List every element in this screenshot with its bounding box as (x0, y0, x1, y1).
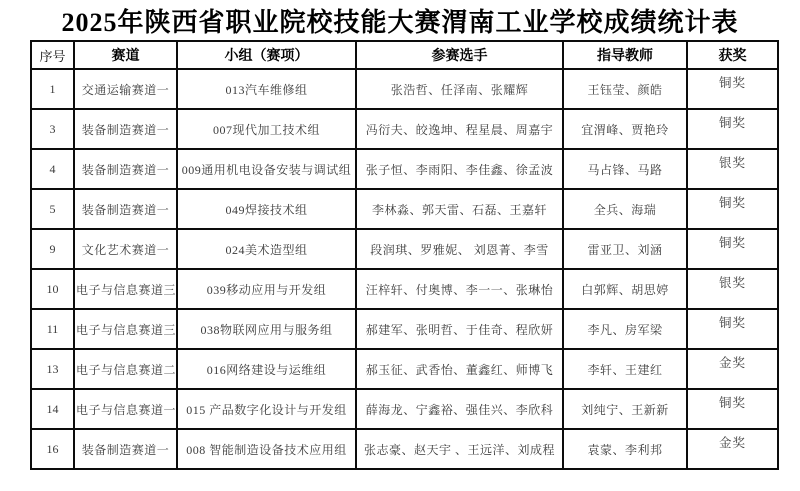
cell-serial: 16 (31, 429, 74, 469)
cell-group: 024美术造型组 (177, 229, 356, 269)
cell-track: 电子与信息赛道一 (74, 389, 177, 429)
table-row: 16 装备制造赛道一 008 智能制造设备技术应用组 张志豪、赵天宇 、王远洋、… (31, 429, 778, 469)
cell-contestants: 汪梓轩、付奥博、李一一、张琳怡 (356, 269, 563, 309)
cell-serial: 1 (31, 69, 74, 109)
cell-group: 015 产品数字化设计与开发组 (177, 389, 356, 429)
cell-serial: 4 (31, 149, 74, 189)
cell-teachers: 袁蒙、李利邦 (563, 429, 687, 469)
table-row: 11 电子与信息赛道三 038物联网应用与服务组 郝建军、张明哲、于佳奇、程欣妍… (31, 309, 778, 349)
cell-contestants: 李林淼、郭天雷、石磊、王嘉轩 (356, 189, 563, 229)
column-header-track: 赛道 (74, 41, 177, 69)
cell-contestants: 郝建军、张明哲、于佳奇、程欣妍 (356, 309, 563, 349)
cell-track: 电子与信息赛道二 (74, 349, 177, 389)
cell-group: 049焊接技术组 (177, 189, 356, 229)
document-title: 2025年陕西省职业院校技能大赛渭南工业学校成绩统计表 (0, 2, 800, 39)
cell-serial: 5 (31, 189, 74, 229)
cell-award: 金奖 (687, 429, 778, 469)
cell-award: 铜奖 (687, 309, 778, 349)
cell-award: 银奖 (687, 269, 778, 309)
cell-group: 038物联网应用与服务组 (177, 309, 356, 349)
cell-teachers: 全兵、海瑞 (563, 189, 687, 229)
cell-award: 金奖 (687, 349, 778, 389)
cell-teachers: 李凡、房军梁 (563, 309, 687, 349)
header-row: 序号 赛道 小组（赛项） 参赛选手 指导教师 获奖 (31, 41, 778, 69)
column-header-group: 小组（赛项） (177, 41, 356, 69)
cell-group: 016网络建设与运维组 (177, 349, 356, 389)
cell-serial: 9 (31, 229, 74, 269)
column-header-teachers: 指导教师 (563, 41, 687, 69)
cell-teachers: 白郭辉、胡思婷 (563, 269, 687, 309)
cell-teachers: 雷亚卫、刘涵 (563, 229, 687, 269)
column-header-award: 获奖 (687, 41, 778, 69)
cell-serial: 10 (31, 269, 74, 309)
cell-track: 文化艺术赛道一 (74, 229, 177, 269)
cell-group: 013汽车维修组 (177, 69, 356, 109)
table-row: 13 电子与信息赛道二 016网络建设与运维组 郝玉征、武香怡、董鑫红、师博飞 … (31, 349, 778, 389)
cell-award: 铜奖 (687, 389, 778, 429)
column-header-contestants: 参赛选手 (356, 41, 563, 69)
table-row: 3 装备制造赛道一 007现代加工技术组 冯衍夫、皎逸坤、程星晨、周嘉宇 宜渭峰… (31, 109, 778, 149)
cell-track: 装备制造赛道一 (74, 189, 177, 229)
cell-teachers: 马占锋、马路 (563, 149, 687, 189)
cell-teachers: 刘纯宁、王新新 (563, 389, 687, 429)
cell-track: 交通运输赛道一 (74, 69, 177, 109)
cell-group: 007现代加工技术组 (177, 109, 356, 149)
cell-serial: 11 (31, 309, 74, 349)
cell-contestants: 薛海龙、宁鑫裕、强佳兴、李欣科 (356, 389, 563, 429)
cell-award: 铜奖 (687, 189, 778, 229)
cell-award: 银奖 (687, 149, 778, 189)
results-table: 序号 赛道 小组（赛项） 参赛选手 指导教师 获奖 1 交通运输赛道一 013汽… (30, 40, 779, 470)
cell-award: 铜奖 (687, 229, 778, 269)
cell-track: 装备制造赛道一 (74, 109, 177, 149)
cell-teachers: 李轩、王建红 (563, 349, 687, 389)
cell-serial: 14 (31, 389, 74, 429)
cell-contestants: 段润琪、罗雅妮、 刘恩菁、李雪 (356, 229, 563, 269)
table-row: 9 文化艺术赛道一 024美术造型组 段润琪、罗雅妮、 刘恩菁、李雪 雷亚卫、刘… (31, 229, 778, 269)
cell-award: 铜奖 (687, 109, 778, 149)
cell-award: 铜奖 (687, 69, 778, 109)
cell-group: 039移动应用与开发组 (177, 269, 356, 309)
cell-teachers: 王钰莹、颜皓 (563, 69, 687, 109)
cell-track: 装备制造赛道一 (74, 429, 177, 469)
document-page: 2025年陕西省职业院校技能大赛渭南工业学校成绩统计表 序号 赛道 小组（赛项）… (0, 0, 800, 491)
cell-contestants: 冯衍夫、皎逸坤、程星晨、周嘉宇 (356, 109, 563, 149)
table-row: 10 电子与信息赛道三 039移动应用与开发组 汪梓轩、付奥博、李一一、张琳怡 … (31, 269, 778, 309)
cell-contestants: 张浩哲、任泽南、张耀辉 (356, 69, 563, 109)
cell-track: 装备制造赛道一 (74, 149, 177, 189)
cell-contestants: 张志豪、赵天宇 、王远洋、刘成程 (356, 429, 563, 469)
cell-teachers: 宜渭峰、贾艳玲 (563, 109, 687, 149)
table-row: 4 装备制造赛道一 009通用机电设备安装与调试组 张子恒、李雨阳、李佳鑫、徐孟… (31, 149, 778, 189)
column-header-serial: 序号 (31, 41, 74, 69)
cell-track: 电子与信息赛道三 (74, 269, 177, 309)
cell-contestants: 郝玉征、武香怡、董鑫红、师博飞 (356, 349, 563, 389)
cell-serial: 3 (31, 109, 74, 149)
cell-serial: 13 (31, 349, 74, 389)
table-row: 5 装备制造赛道一 049焊接技术组 李林淼、郭天雷、石磊、王嘉轩 全兵、海瑞 … (31, 189, 778, 229)
cell-contestants: 张子恒、李雨阳、李佳鑫、徐孟波 (356, 149, 563, 189)
table-row: 1 交通运输赛道一 013汽车维修组 张浩哲、任泽南、张耀辉 王钰莹、颜皓 铜奖 (31, 69, 778, 109)
cell-group: 009通用机电设备安装与调试组 (177, 149, 356, 189)
table-row: 14 电子与信息赛道一 015 产品数字化设计与开发组 薛海龙、宁鑫裕、强佳兴、… (31, 389, 778, 429)
cell-track: 电子与信息赛道三 (74, 309, 177, 349)
cell-group: 008 智能制造设备技术应用组 (177, 429, 356, 469)
